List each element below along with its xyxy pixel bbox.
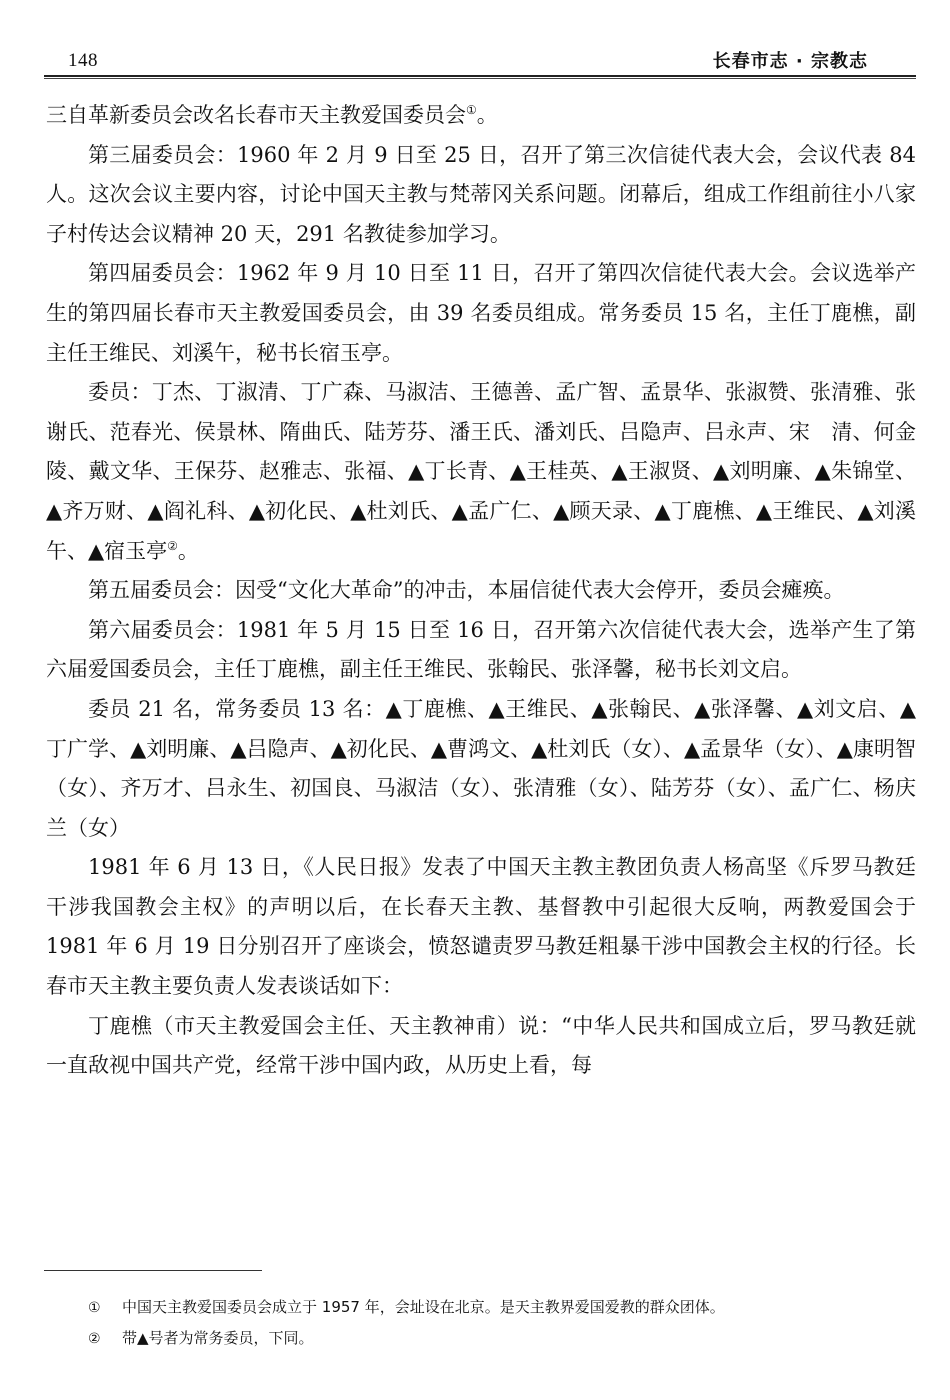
footnote-text: 中国天主教爱国委员会成立于 1957 年，会址设在北京。是天主教界爱国爱教的群众… bbox=[122, 1292, 725, 1322]
footnote-text: 带▲号者为常务委员，下同。 bbox=[122, 1323, 314, 1353]
footnote-1: ① 中国天主教爱国委员会成立于 1957 年，会址设在北京。是天主教界爱国爱教的… bbox=[88, 1292, 918, 1323]
footnotes: ① 中国天主教爱国委员会成立于 1957 年，会址设在北京。是天主教界爱国爱教的… bbox=[88, 1292, 918, 1354]
paragraph-5: 第五届委员会：因受“文化大革命”的冲击，本届信徒代表大会停开，委员会瘫痪。 bbox=[46, 571, 916, 611]
paragraph-3: 第四届委员会：1962 年 9 月 10 日至 11 日，召开了第四次信徒代表大… bbox=[46, 254, 916, 373]
paragraph-end: 。 bbox=[477, 103, 498, 127]
paragraph-1: 三自革新委员会改名长春市天主教爱国委员会①。 bbox=[46, 96, 916, 136]
page-header: 148 长春市志 · 宗教志 bbox=[44, 44, 916, 78]
paragraph-6: 第六届委员会：1981 年 5 月 15 日至 16 日，召开第六次信徒代表大会… bbox=[46, 611, 916, 690]
running-title: 长春市志 · 宗教志 bbox=[713, 47, 868, 73]
body-text: 三自革新委员会改名长春市天主教爱国委员会①。 第三届委员会：1960 年 2 月… bbox=[46, 96, 916, 1086]
paragraph-text: 委员：丁杰、丁淑清、丁广森、马淑洁、王德善、孟广智、孟景华、张淑赞、张清雅、张谢… bbox=[46, 380, 916, 562]
footnote-mark: ① bbox=[88, 1293, 122, 1323]
footnote-ref-1[interactable]: ① bbox=[466, 103, 477, 117]
page-number: 148 bbox=[68, 50, 98, 72]
footnote-ref-2[interactable]: ② bbox=[167, 539, 178, 553]
header-rule bbox=[44, 75, 916, 79]
paragraph-4: 委员：丁杰、丁淑清、丁广森、马淑洁、王德善、孟广智、孟景华、张淑赞、张清雅、张谢… bbox=[46, 373, 916, 571]
paragraph-text: 三自革新委员会改名长春市天主教爱国委员会 bbox=[46, 103, 466, 127]
paragraph-7: 委员 21 名，常务委员 13 名：▲丁鹿樵、▲王维民、▲张翰民、▲张泽馨、▲刘… bbox=[46, 690, 916, 848]
footnote-mark: ② bbox=[88, 1324, 122, 1354]
footnote-rule bbox=[44, 1270, 262, 1271]
footnote-2: ② 带▲号者为常务委员，下同。 bbox=[88, 1323, 918, 1354]
paragraph-8: 1981 年 6 月 13 日，《人民日报》发表了中国天主教主教团负责人杨高坚《… bbox=[46, 848, 916, 1006]
paragraph-end: 。 bbox=[178, 539, 199, 563]
paragraph-9: 丁鹿樵（市天主教爱国会主任、天主教神甫）说：“中华人民共和国成立后，罗马教廷就一… bbox=[46, 1007, 916, 1086]
paragraph-2: 第三届委员会：1960 年 2 月 9 日至 25 日，召开了第三次信徒代表大会… bbox=[46, 136, 916, 255]
